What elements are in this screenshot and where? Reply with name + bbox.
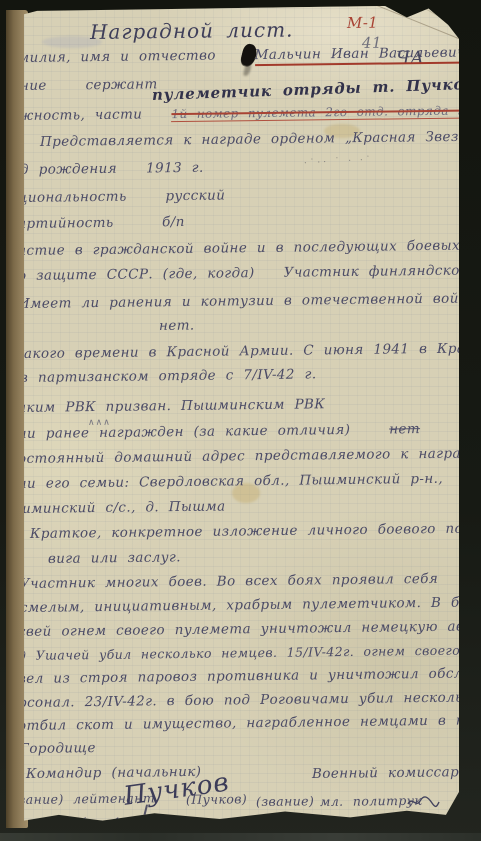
address-line-3: шминский с/с., д. Пышма bbox=[24, 498, 226, 517]
field-position-struck-value: 1й номер пулемета 2го отд. отряда 3й пар… bbox=[171, 102, 459, 122]
date-line: 7 сентября 1942 г. bbox=[24, 814, 167, 828]
field-rank-label: ние bbox=[24, 78, 47, 94]
commissar-rank-label: (звание) bbox=[256, 793, 314, 809]
field-nationality-value: русский bbox=[165, 187, 225, 204]
red-pencil-code: М-1 bbox=[347, 14, 378, 32]
field-position-label: жность, части bbox=[24, 106, 142, 124]
field-nationality: циональность русский bbox=[24, 187, 225, 206]
feat-heading-2: вига или заслуг. bbox=[48, 549, 181, 567]
document-scan: ·˙·· ˙ · ·˙ Наградной лист. М-1 41 ЧА ми… bbox=[0, 0, 481, 841]
field-party: артийность б/п bbox=[24, 214, 185, 232]
field-birth: д рождения 1913 г. bbox=[24, 160, 204, 178]
defense-value: Участник финляндской войны bbox=[284, 262, 459, 281]
commissar-label: Военный комиссар bbox=[312, 764, 459, 782]
field-rank-value: сержант bbox=[85, 76, 157, 93]
field-birth-label: д рождения bbox=[24, 161, 117, 178]
field-name-value: Мальчин Иван Васильевич bbox=[255, 45, 459, 67]
award-sheet-paper: ·˙·· ˙ · ·˙ Наградной лист. М-1 41 ЧА ми… bbox=[24, 6, 459, 828]
field-party-value: б/п bbox=[162, 214, 185, 230]
defense-label: о защите СССР. (где, когда) bbox=[24, 265, 255, 284]
commissar-signature-squiggle bbox=[406, 794, 440, 810]
commander-name: (Пучков) bbox=[186, 791, 247, 807]
field-name-label: милия, имя и отчество bbox=[24, 48, 216, 66]
wounds-value: нет. bbox=[159, 318, 195, 334]
document-title: Наградной лист. bbox=[90, 18, 294, 44]
prev-awards-value: нет bbox=[389, 421, 420, 437]
feat-line: Городище bbox=[24, 740, 96, 757]
field-nationality-label: циональность bbox=[24, 189, 127, 206]
field-party-label: артийность bbox=[24, 215, 114, 232]
field-birth-value: 1913 г. bbox=[146, 160, 204, 177]
field-rank: ние сержант bbox=[24, 76, 158, 94]
